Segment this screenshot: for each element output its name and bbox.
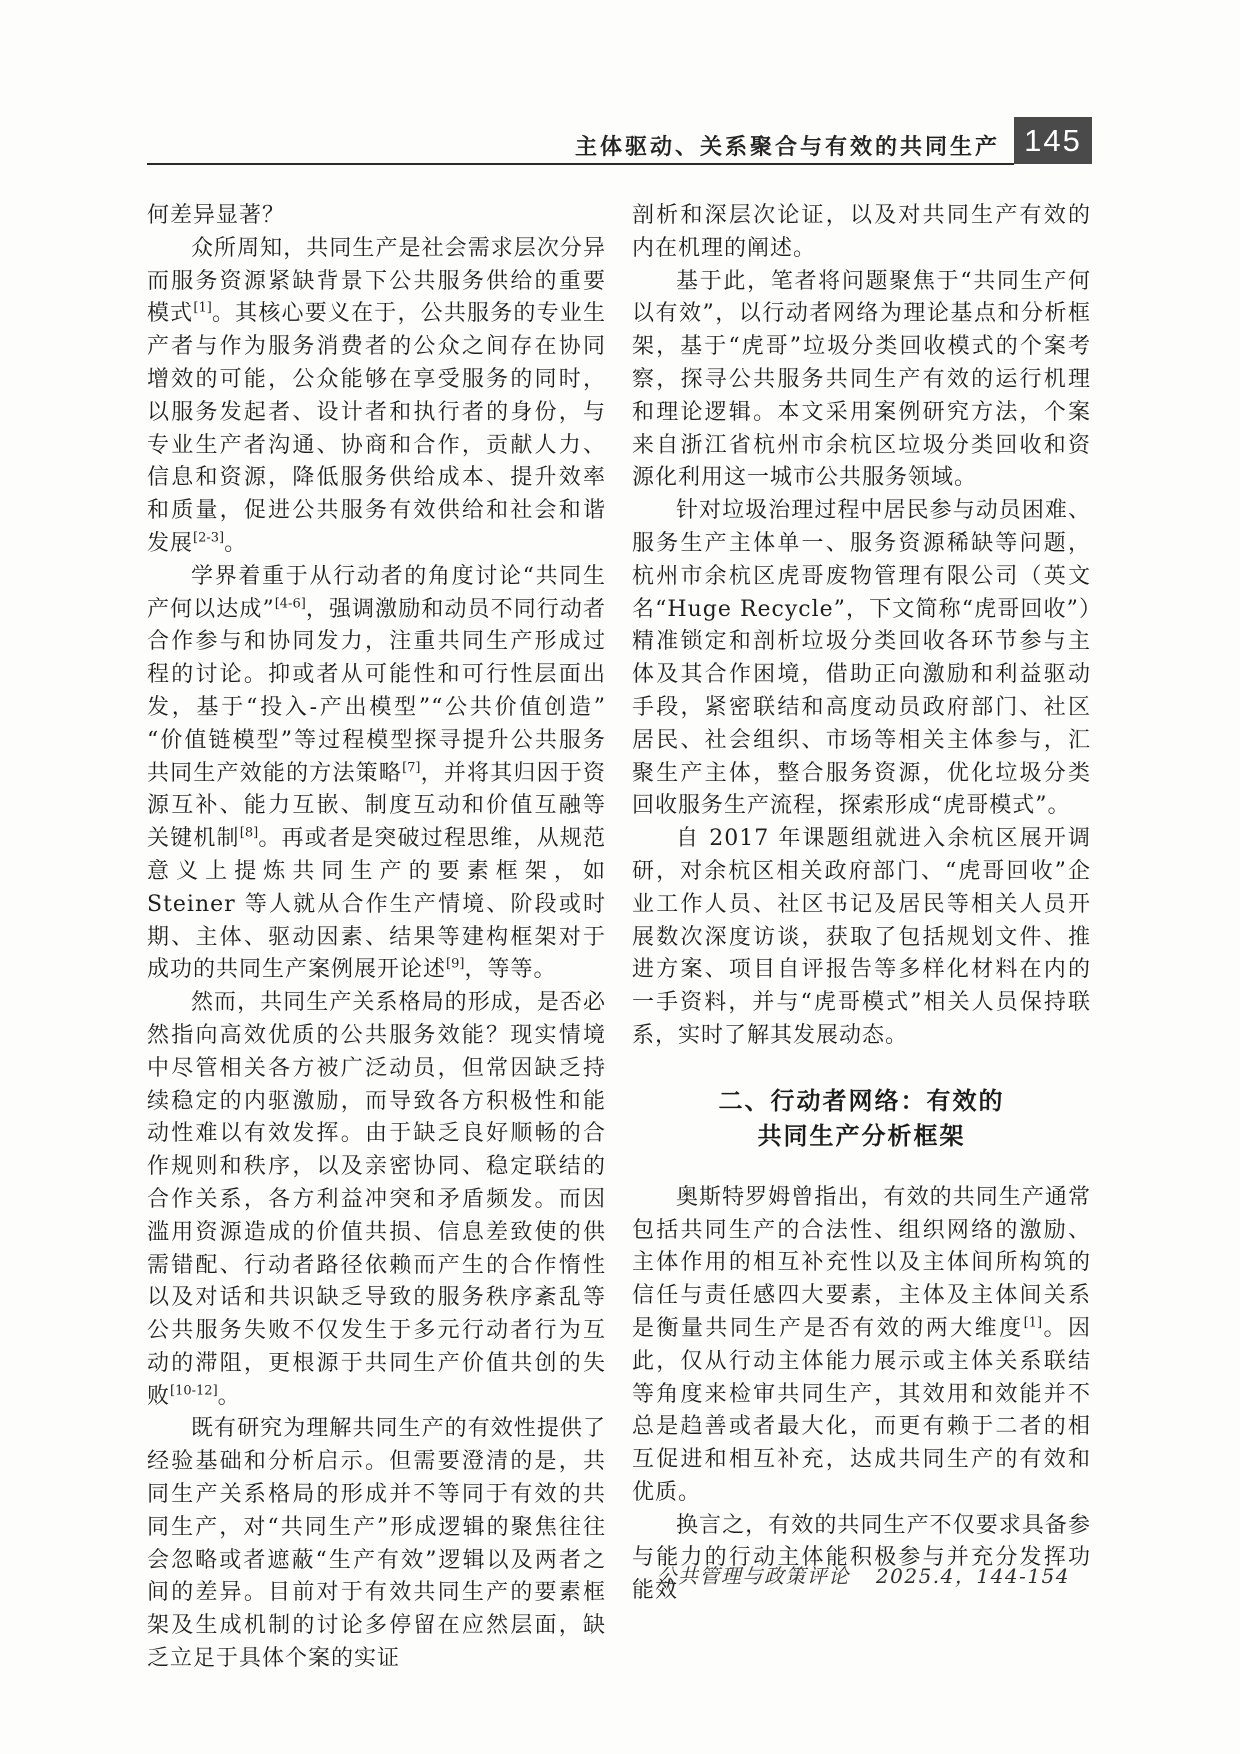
paragraph: 何差异显著？ bbox=[147, 200, 606, 233]
issue-info: 2025.4，144-154 bbox=[876, 1564, 1070, 1588]
citation-ref: [7] bbox=[402, 760, 420, 775]
citation-ref: [8] bbox=[240, 826, 258, 841]
journal-name: 公共管理与政策评论 bbox=[656, 1564, 850, 1588]
paragraph: 既有研究为理解共同生产的有效性提供了经验基础和分析启示。但需要澄清的是，共同生产… bbox=[147, 1413, 606, 1675]
header-rule bbox=[147, 163, 1014, 165]
page-number: 145 bbox=[1024, 123, 1082, 159]
section-heading-line: 共同生产分析框架 bbox=[632, 1119, 1091, 1154]
citation-ref: [2-3] bbox=[193, 531, 224, 546]
paragraph: 然而，共同生产关系格局的形成，是否必然指向高效优质的公共服务效能？现实情境中尽管… bbox=[147, 987, 606, 1413]
citation-ref: [1] bbox=[193, 301, 211, 316]
paragraph: 奥斯特罗姆曾指出，有效的共同生产通常包括共同生产的合法性、组织网络的激励、主体作… bbox=[632, 1182, 1091, 1510]
citation-ref: [1] bbox=[1024, 1316, 1042, 1331]
paragraph: 换言之，有效的共同生产不仅要求具备参与能力的行动主体能积极参与并充分发挥功能效 bbox=[632, 1510, 1091, 1608]
paragraph: 基于此，笔者将问题聚焦于“共同生产何以有效”，以行动者网络为理论基点和分析框架，… bbox=[632, 266, 1091, 496]
paragraph: 剖析和深层次论证，以及对共同生产有效的内在机理的阐述。 bbox=[632, 200, 1091, 266]
page-number-box: 145 bbox=[1014, 117, 1092, 164]
citation-ref: [4-6] bbox=[275, 596, 306, 611]
running-title: 主体驱动、关系聚合与有效的共同生产 bbox=[147, 130, 1000, 161]
paragraph: 众所周知，共同生产是社会需求层次分异而服务资源紧缺背景下公共服务供给的重要模式[… bbox=[147, 233, 606, 561]
citation-ref: [10-12] bbox=[170, 1383, 218, 1398]
paragraph: 学界着重于从行动者的角度讨论“共同生产何以达成”[4-6]，强调激励和动员不同行… bbox=[147, 561, 606, 987]
left-column: 何差异显著？众所周知，共同生产是社会需求层次分异而服务资源紧缺背景下公共服务供给… bbox=[147, 200, 606, 1676]
section-heading: 二、行动者网络：有效的共同生产分析框架 bbox=[632, 1084, 1091, 1154]
right-column: 剖析和深层次论证，以及对共同生产有效的内在机理的阐述。基于此，笔者将问题聚焦于“… bbox=[632, 200, 1091, 1676]
journal-page: 主体驱动、关系聚合与有效的共同生产 145 何差异显著？众所周知，共同生产是社会… bbox=[0, 0, 1240, 1754]
section-heading-line: 二、行动者网络：有效的 bbox=[632, 1084, 1091, 1119]
citation-ref: [9] bbox=[446, 957, 464, 972]
article-body: 何差异显著？众所周知，共同生产是社会需求层次分异而服务资源紧缺背景下公共服务供给… bbox=[147, 200, 1091, 1676]
paragraph: 自 2017 年课题组就进入余杭区展开调研，对余杭区相关政府部门、“虎哥回收”企… bbox=[632, 823, 1091, 1053]
paragraph: 针对垃圾治理过程中居民参与动员困难、服务生产主体单一、服务资源稀缺等问题，杭州市… bbox=[632, 495, 1091, 823]
page-footer: 公共管理与政策评论2025.4，144-154 bbox=[147, 1560, 1070, 1589]
